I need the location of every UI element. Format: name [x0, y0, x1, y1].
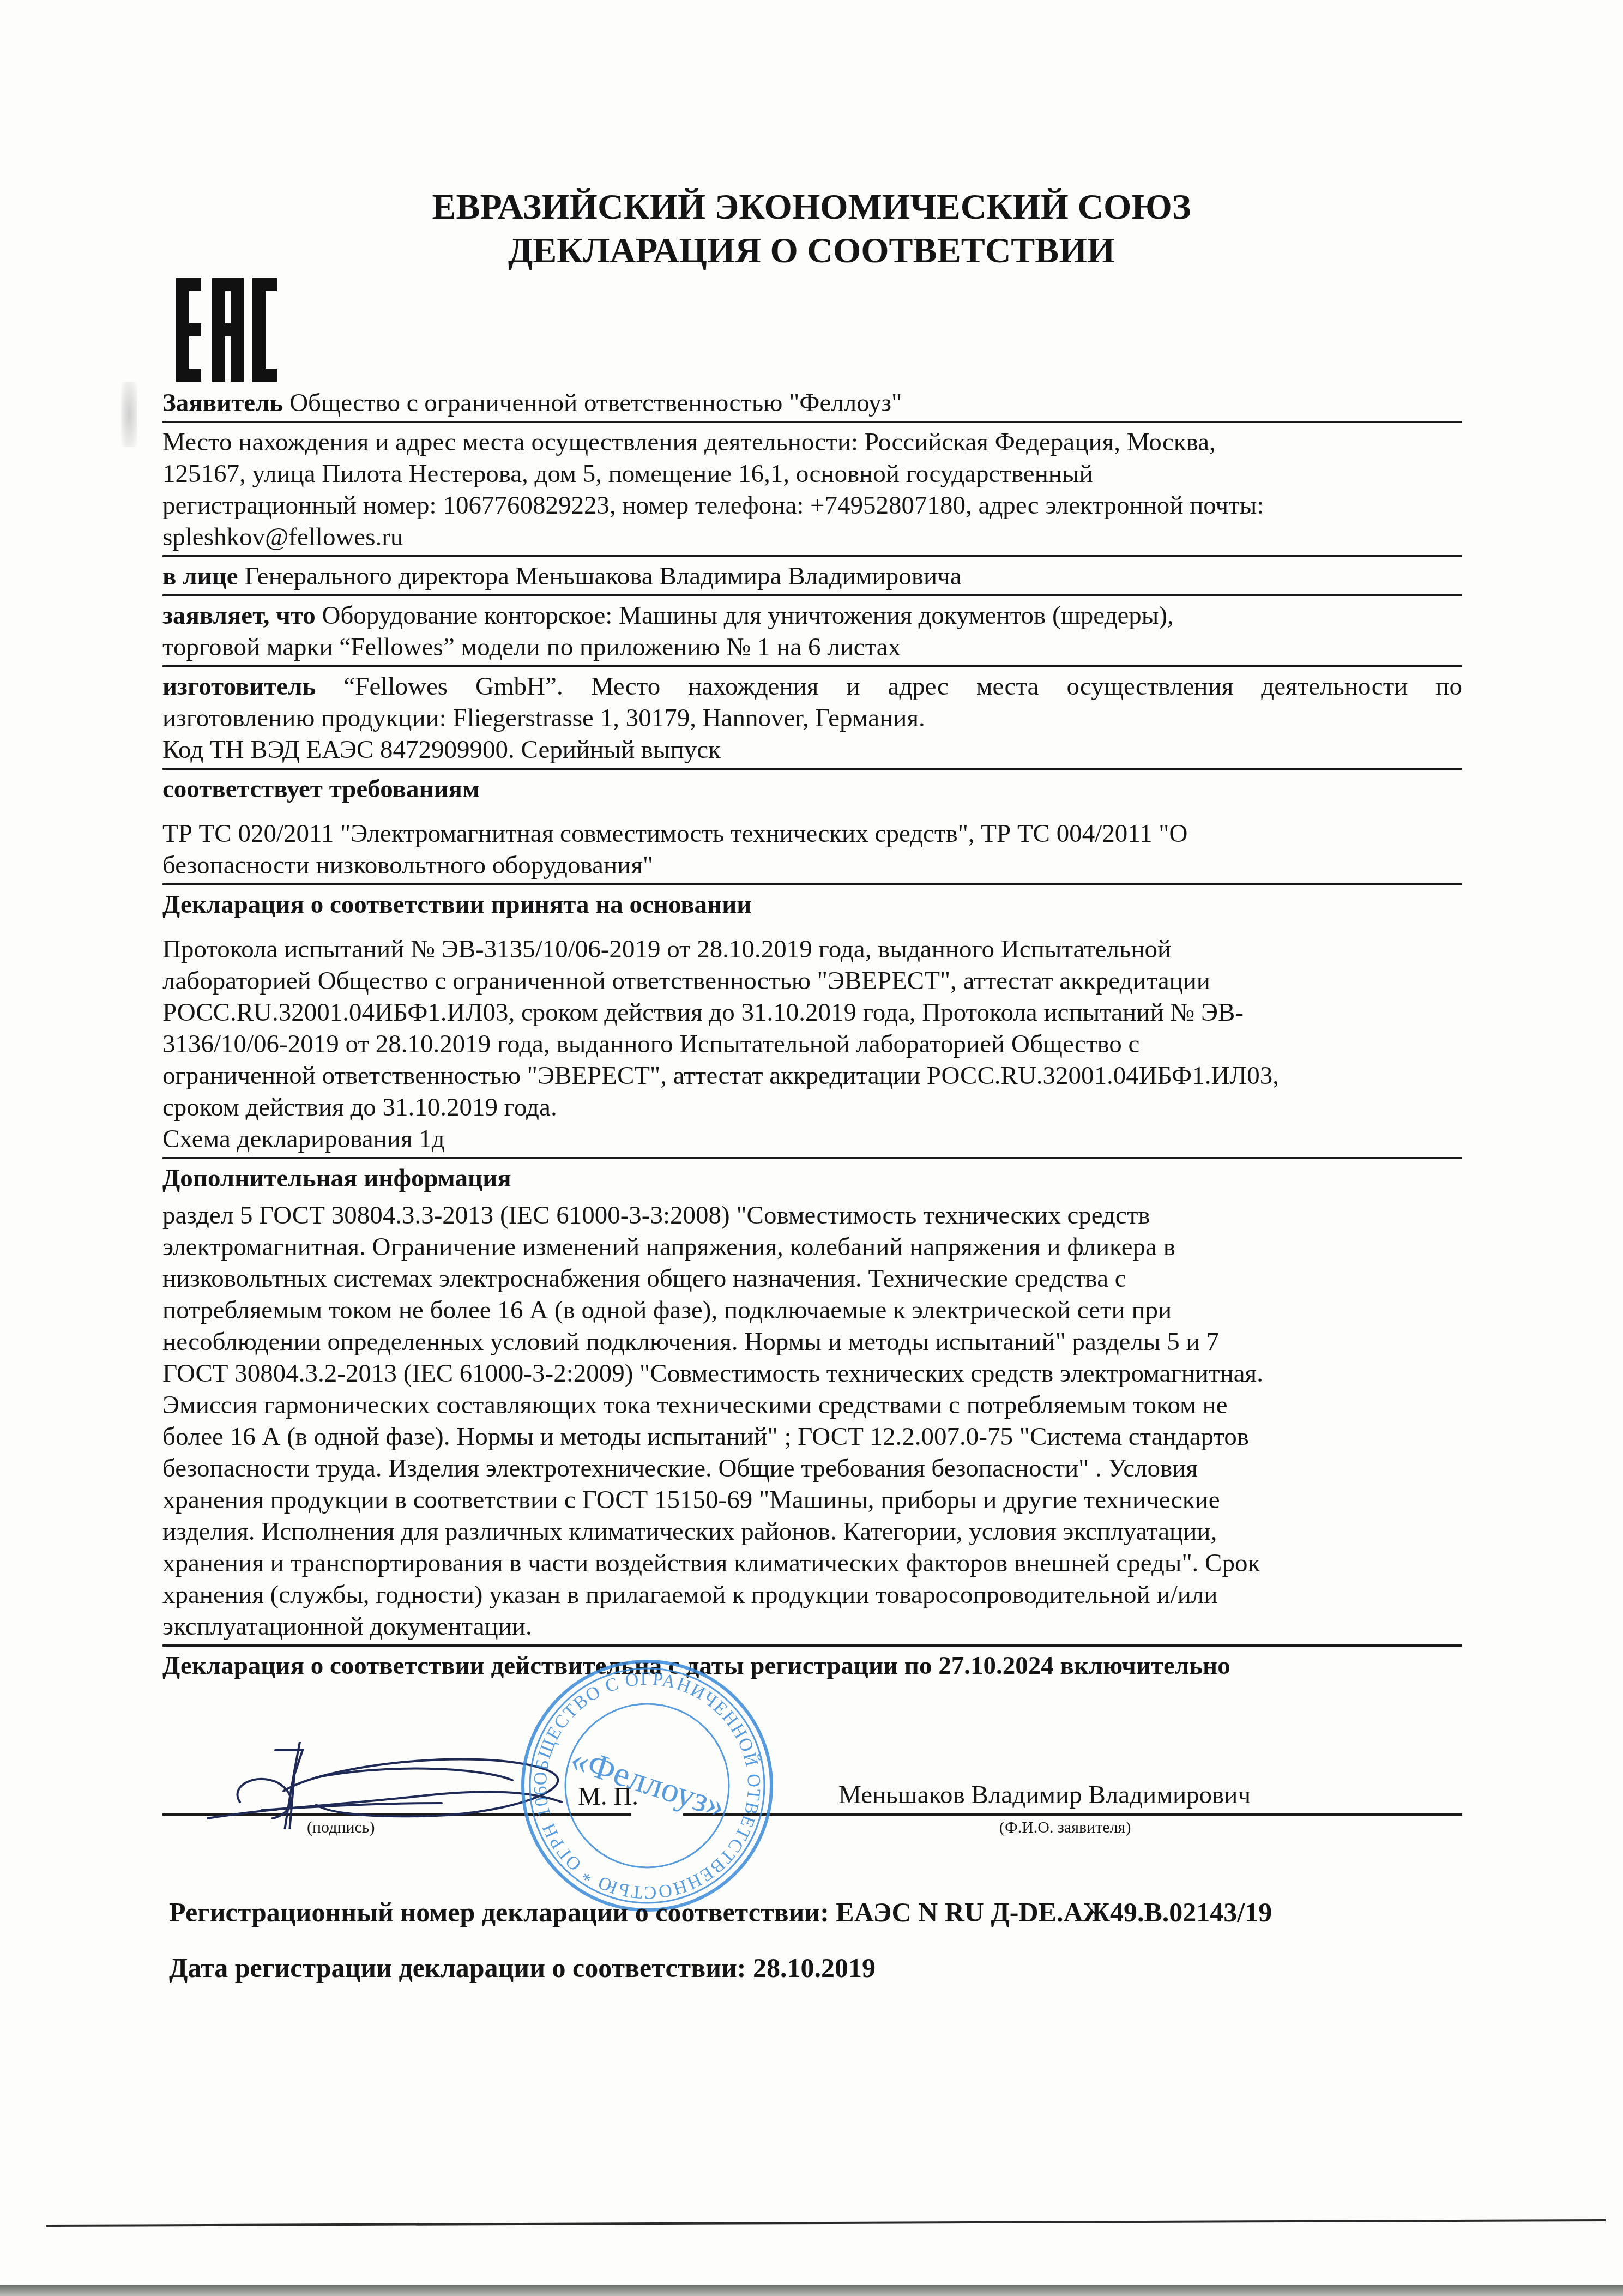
applicant-value: Общество с ограниченной ответственностью… [289, 389, 902, 417]
title-union: ЕВРАЗИЙСКИЙ ЭКОНОМИЧЕСКИЙ СОЮЗ [0, 185, 1623, 229]
represented-by-value: Генерального директора Меньшакова Владим… [244, 562, 961, 590]
address-line: Место нахождения и адрес места осуществл… [162, 426, 1462, 458]
basis-line: Протокола испытаний № ЭВ-3135/10/06-2019… [162, 933, 1462, 965]
additional-text: раздел 5 ГОСТ 30804.3.3-2013 (IEC 61000-… [162, 1200, 1462, 1642]
declares-line: Оборудование конторское: Машины для унич… [322, 601, 1174, 630]
manufacturer-line: изготовлению продукции: Fliegerstrasse 1… [162, 702, 1462, 734]
additional-line: хранения и транспортирования в части воз… [162, 1547, 1462, 1579]
name-caption: (Ф.И.О. заявителя) [999, 1818, 1131, 1837]
manufacturer-block: изготовитель “Fellowes GmbH”. Место нахо… [162, 671, 1462, 766]
divider [162, 768, 1462, 770]
requirements-heading: соответствует требованиям [162, 773, 1462, 805]
represented-by-label: в лице [162, 562, 238, 590]
signatory-name: Меньшаков Владимир Владимирович [838, 1780, 1251, 1810]
title-declaration: ДЕКЛАРАЦИЯ О СООТВЕТСТВИИ [0, 229, 1623, 273]
divider [162, 665, 1462, 667]
additional-line: хранения продукции в соответствии с ГОСТ… [162, 1484, 1462, 1516]
additional-line: безопасности труда. Изделия электротехни… [162, 1453, 1462, 1484]
requirements-text: ТР ТС 020/2011 "Электромагнитная совмест… [162, 818, 1462, 881]
basis-line: 3136/10/06-2019 от 28.10.2019 года, выда… [162, 1028, 1462, 1060]
registration-date-label: Дата регистрации декларации о соответств… [169, 1952, 746, 1983]
hs-code-line: Код ТН ВЭД ЕАЭС 8472909900. Серийный вып… [162, 734, 1462, 766]
basis-line: лабораторией Общество с ограниченной отв… [162, 965, 1462, 997]
registration-date-value: 28.10.2019 [753, 1952, 876, 1983]
declaration-body: Заявитель Общество с ограниченной ответс… [162, 387, 1462, 1682]
requirements-line: безопасности низковольтного оборудования… [162, 849, 1462, 881]
stamp-center-text: «Феллоуз» [566, 1739, 730, 1825]
declaration-page: ЕВРАЗИЙСКИЙ ЭКОНОМИЧЕСКИЙ СОЮЗ ДЕКЛАРАЦИ… [0, 0, 1623, 2296]
additional-line: более 16 А (в одной фазе). Нормы и метод… [162, 1421, 1462, 1453]
manufacturer-line: “Fellowes GmbH”. Место нахождения и адре… [343, 672, 1462, 701]
divider [162, 555, 1462, 557]
declares-label: заявляет, что [162, 601, 316, 630]
address-block: Место нахождения и адрес места осуществл… [162, 426, 1462, 553]
additional-line: несоблюдении определенных условий подклю… [162, 1326, 1462, 1358]
additional-line: потребляемым током не более 16 А (в одно… [162, 1294, 1462, 1326]
additional-line: раздел 5 ГОСТ 30804.3.3-2013 (IEC 61000-… [162, 1200, 1462, 1231]
additional-heading: Дополнительная информация [162, 1162, 1462, 1194]
company-seal-stamp: ОБЩЕСТВО С ОГРАНИЧЕННОЙ ОТВЕТСТВЕННОСТЬЮ… [519, 1658, 775, 1914]
basis-line: ограниченной ответственностью "ЭВЕРЕСТ",… [162, 1060, 1462, 1092]
basis-heading: Декларация о соответствии принята на осн… [162, 889, 1462, 920]
divider [162, 1644, 1462, 1647]
registration-number-value: ЕАЭС N RU Д-DE.АЖ49.В.02143/19 [836, 1897, 1272, 1927]
address-line: регистрационный номер: 1067760829223, но… [162, 490, 1462, 521]
scan-smudge [121, 382, 137, 447]
applicant-label: Заявитель [162, 389, 283, 417]
additional-line: эксплуатационной документации. [162, 1611, 1462, 1642]
additional-line: хранения (службы, годности) указан в при… [162, 1579, 1462, 1611]
registration-number-label: Регистрационный номер декларации о соотв… [169, 1897, 829, 1927]
divider [162, 883, 1462, 885]
address-line: 125167, улица Пилота Нестерова, дом 5, п… [162, 458, 1462, 490]
name-line [683, 1813, 1462, 1816]
registration-number-row: Регистрационный номер декларации о соотв… [169, 1896, 1272, 1928]
scan-edge-shadow [0, 2285, 1623, 2296]
additional-line: ГОСТ 30804.3.2-2013 (IEC 61000-3-2:2009)… [162, 1358, 1462, 1389]
declares-block: заявляет, что Оборудование конторское: М… [162, 600, 1462, 663]
basis-text: Протокола испытаний № ЭВ-3135/10/06-2019… [162, 933, 1462, 1155]
represented-by-row: в лице Генерального директора Меньшакова… [162, 561, 1462, 592]
address-email: spleshkov@fellowes.ru [162, 521, 1462, 553]
declares-line: торговой марки “Fellowes” модели по прил… [162, 631, 1462, 663]
divider [162, 594, 1462, 596]
manufacturer-label: изготовитель [162, 672, 316, 701]
applicant-row: Заявитель Общество с ограниченной ответс… [162, 387, 1462, 419]
eac-mark-icon [176, 278, 277, 382]
validity-statement: Декларация о соответствии действительна … [162, 1650, 1462, 1682]
footer-rule [46, 2219, 1606, 2227]
divider [162, 421, 1462, 423]
basis-line: сроком действия до 31.10.2019 года. [162, 1092, 1462, 1123]
registration-date-row: Дата регистрации декларации о соответств… [169, 1952, 876, 1984]
additional-line: низковольтных системах электроснабжения … [162, 1263, 1462, 1294]
additional-line: электромагнитная. Ограничение изменений … [162, 1231, 1462, 1263]
requirements-line: ТР ТС 020/2011 "Электромагнитная совмест… [162, 818, 1462, 849]
divider [162, 1157, 1462, 1159]
additional-line: Эмиссия гармонических составляющих тока … [162, 1389, 1462, 1421]
additional-line: изделия. Исполнения для различных климат… [162, 1516, 1462, 1547]
declaration-scheme: Схема декларирования 1д [162, 1123, 1462, 1155]
basis-line: РОСС.RU.32001.04ИБФ1.ИЛ03, сроком действ… [162, 997, 1462, 1028]
